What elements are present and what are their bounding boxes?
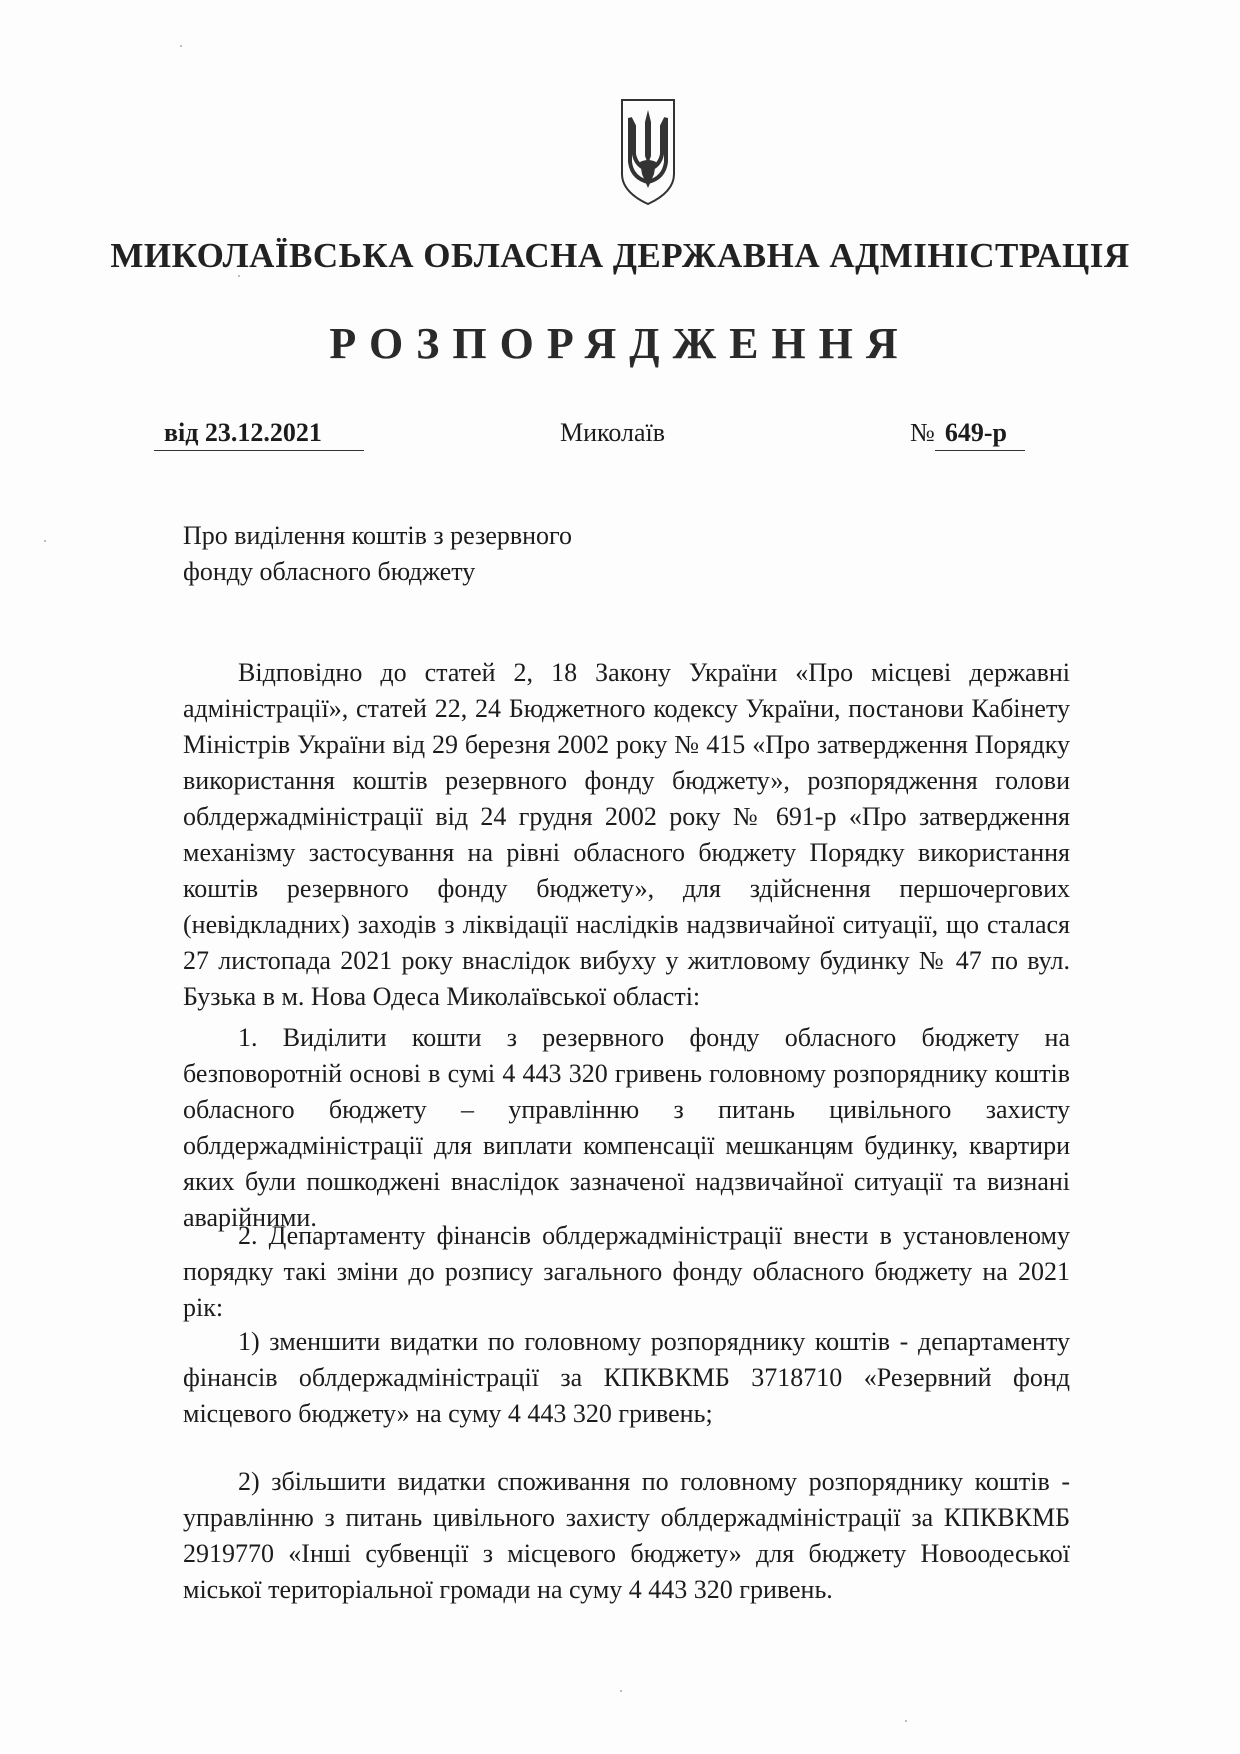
document-meta-row: від 23.12.2021 Миколаїв №649-р <box>0 418 1240 458</box>
subject-line-1: Про виділення коштів з резервного <box>183 518 572 554</box>
scan-speck <box>44 540 46 542</box>
document-type-heading: РОЗПОРЯДЖЕННЯ <box>0 318 1240 369</box>
coat-of-arms-icon <box>620 96 676 206</box>
scan-speck <box>905 1720 907 1722</box>
clause-2-subitem-1: 1) зменшити видатки по головному розпоря… <box>183 1324 1070 1432</box>
scan-speck <box>180 45 182 47</box>
number-value: 649-р <box>935 418 1025 451</box>
clause-2-subitem-2: 2) збільшити видатки споживання по голов… <box>183 1464 1070 1608</box>
document-page: МИКОЛАЇВСЬКА ОБЛАСНА ДЕРЖАВНА АДМІНІСТРА… <box>0 0 1240 1754</box>
scan-speck <box>620 1690 622 1692</box>
clause-1: 1. Виділити кошти з резервного фонду обл… <box>183 1020 1070 1236</box>
organization-title: МИКОЛАЇВСЬКА ОБЛАСНА ДЕРЖАВНА АДМІНІСТРА… <box>0 236 1240 276</box>
subject-line-2: фонду обласного бюджету <box>183 554 572 590</box>
preamble-paragraph: Відповідно до статей 2, 18 Закону Україн… <box>183 655 1070 1015</box>
clause-2: 2. Департаменту фінансів облдержадмініст… <box>183 1218 1070 1326</box>
document-city: Миколаїв <box>560 418 665 448</box>
document-subject: Про виділення коштів з резервного фонду … <box>183 518 572 590</box>
scan-speck <box>238 275 240 277</box>
number-sign: № <box>910 418 935 447</box>
document-date: від 23.12.2021 <box>154 418 364 451</box>
document-number: №649-р <box>910 418 1025 451</box>
